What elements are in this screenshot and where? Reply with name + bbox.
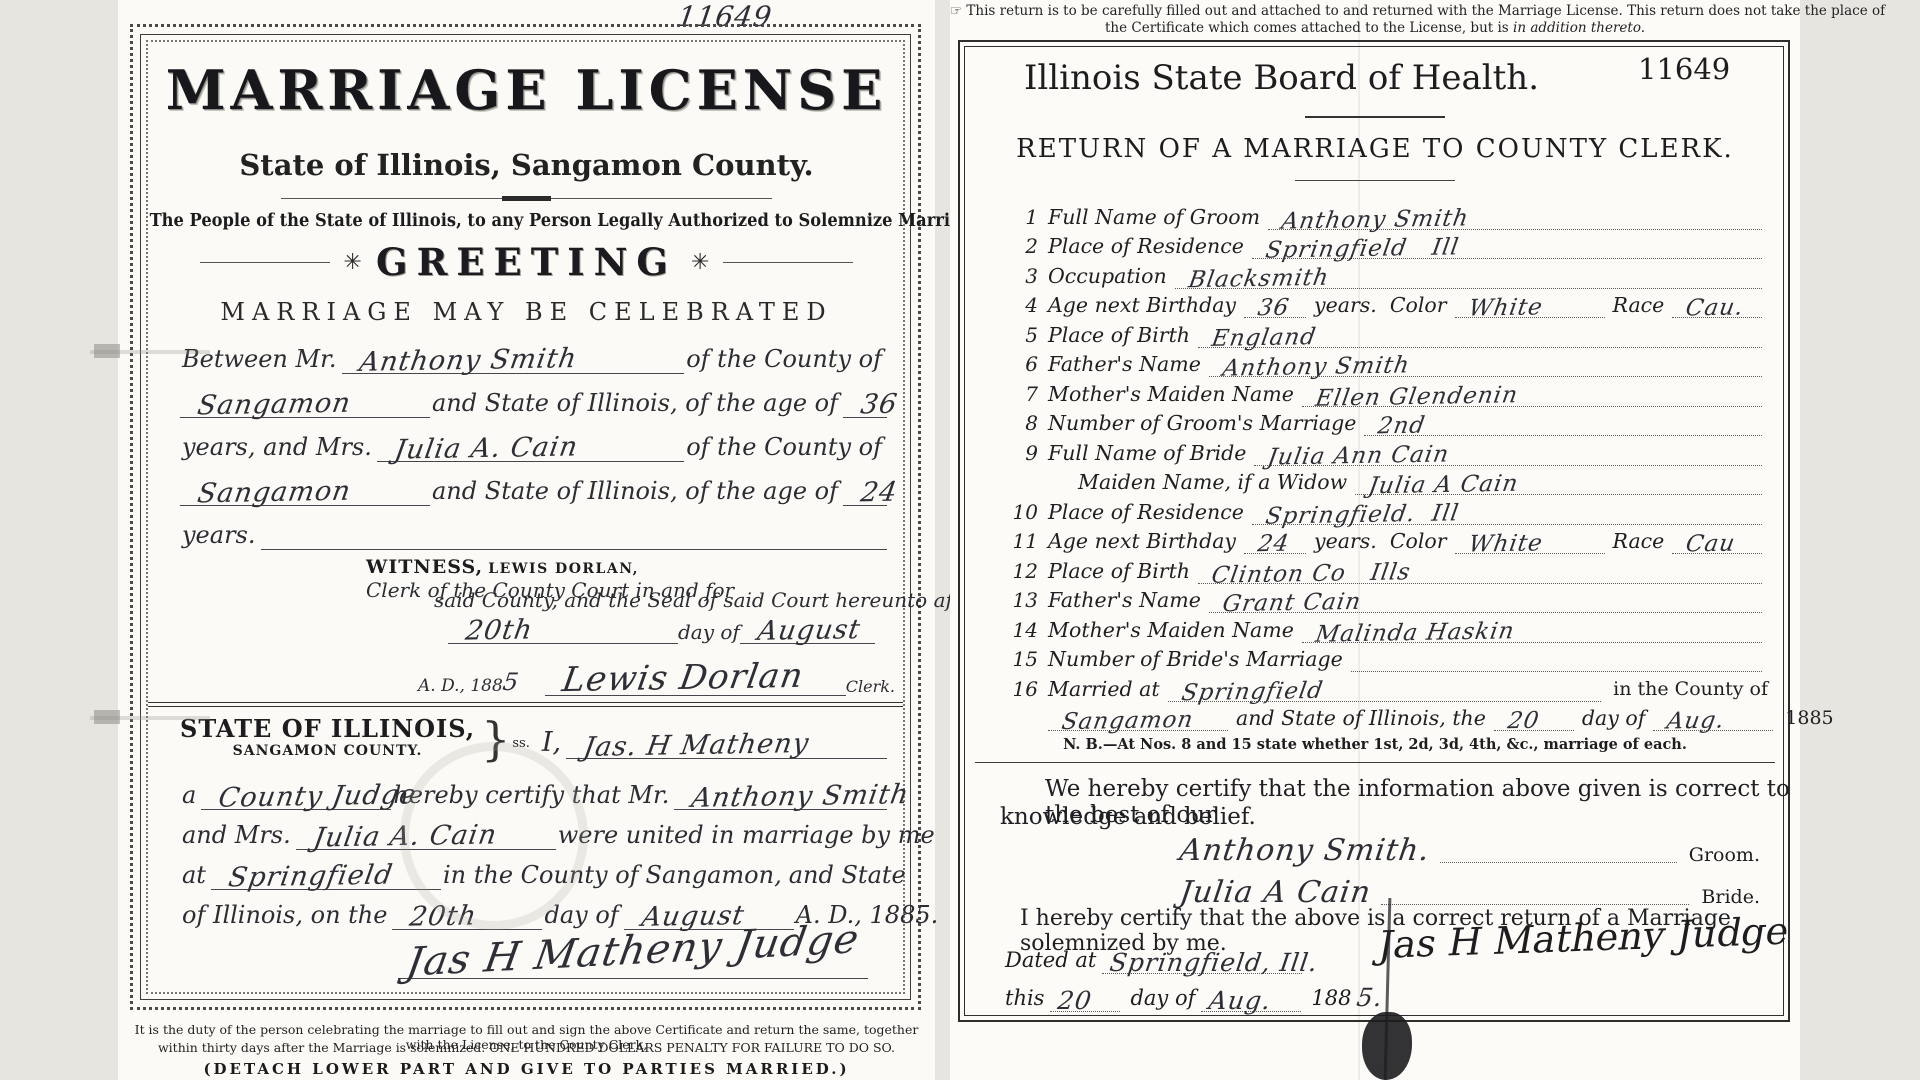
field-number: 1 [1002,205,1048,230]
section-rule [975,762,1775,763]
marriage-license-page: 11649 MARRIAGE LICENSE State of Illinois… [118,0,935,1080]
field-value: Springfield. Ill [1264,500,1461,529]
rule-center-dash [502,196,551,201]
day-of-label: day of [1130,986,1201,1012]
field-value: White [1466,294,1544,321]
fold-tab-mark [94,344,120,358]
return-field-row: 2Place of ResidenceSpringfield Ill [1002,230,1770,260]
signature-leader-line [1381,904,1690,905]
field-value: Springfield Ill [1264,234,1461,263]
return-field-row: 6Father's NameAnthony Smith [1002,348,1770,378]
groom-county-blank: Sangamon [180,383,430,418]
instruction-text-italic: in addition thereto. [1513,20,1645,36]
top-instruction-line-1: ☞ This return is to be carefully filled … [950,3,1800,19]
witness-month-blank: August [740,609,875,644]
clerk-printed-name: LEWIS DORLAN, [488,561,639,577]
license-title: MARRIAGE LICENSE [118,58,935,122]
field-number: 12 [1002,559,1048,584]
printed-script: A. D., 188 [418,676,503,696]
field-fill-line: 2nd [1364,409,1762,436]
field-fill-line: England [1198,321,1762,348]
field-label: Place of Residence [1048,234,1252,259]
return-field-row: 5Place of BirthEngland [1002,318,1770,348]
field-number: 4 [1002,293,1048,318]
field-fill-line: Aug. [1653,704,1773,731]
state-county-block: STATE OF ILLINOIS, SANGAMON COUNTY. [180,714,475,759]
field-fill-line: Blacksmith [1175,262,1762,289]
day-value: 20 [1056,986,1094,1015]
return-heading: RETURN OF A MARRIAGE TO COUNTY CLERK. [950,134,1800,164]
field-label: years. Color [1314,293,1455,318]
scanned-marriage-documents: { "license": { "doc_number": "11649", "t… [0,0,1920,1080]
field-label: Race [1613,529,1673,554]
instruction-text: the Certificate which comes attached to … [1105,20,1513,36]
field-label: Age next Birthday [1048,293,1244,318]
printed-script: years, and Mrs. [180,433,377,462]
field-fill-line: Anthony Smith [1209,350,1762,377]
field-fill-line: White [1455,527,1605,554]
bride-county-value: Sangamon [195,476,353,510]
field-number: 7 [1002,382,1048,407]
field-fill-line: 20 [1494,704,1574,731]
field-value: Cau [1684,531,1737,558]
field-label: Number of Groom's Marriage [1048,411,1364,436]
field-fill-line: Clinton Co Ills [1198,557,1762,584]
printed-script: and Mrs. [180,821,296,850]
field-label: Full Name of Bride [1048,441,1254,466]
return-field-row: 10Place of ResidenceSpringfield. Ill [1002,495,1770,525]
field-label: Occupation [1048,264,1175,289]
groom-name-value: Anthony Smith [357,343,579,378]
field-number: 9 [1002,441,1048,466]
return-field-row: 1Full Name of GroomAnthony Smith [1002,200,1770,230]
field-label: years. Color [1314,529,1455,554]
field-fill-line: Springfield Ill [1252,232,1762,259]
date-line: this 20 day of Aug. 188 5. [1005,976,1383,1012]
license-subtitle: State of Illinois, Sangamon County. [118,148,935,182]
field-text: 1885 [1781,707,1835,731]
flower-ornament-icon: ✳ [344,250,362,275]
cert-groom-value: Anthony Smith [690,779,912,814]
dated-at-label: Dated at [1005,948,1102,974]
clerk-role-label: Clerk. [846,677,895,696]
field-fill-line: Springfield [1168,675,1602,702]
printed-script: and State [787,861,911,890]
celebrated-line: MARRIAGE MAY BE CELEBRATED [118,298,935,326]
field-label: and State of Illinois, the [1236,706,1494,731]
field-number [1002,494,1048,495]
printed-script: years. [180,521,261,550]
decorative-rule [281,198,771,199]
field-number: 13 [1002,588,1048,613]
return-field-row: 14Mother's Maiden NameMalinda Haskin [1002,613,1770,643]
field-value: 24 [1256,531,1292,558]
field-number: 2 [1002,234,1048,259]
day-blank: 20 [1050,983,1120,1012]
field-number: 16 [1002,677,1048,702]
dated-line: Dated at Springfield, Ill. [1005,938,1312,974]
this-label: this [1005,986,1050,1012]
printed-script: a [180,781,201,810]
field-value: Cau. [1684,295,1746,322]
clerk-signature: Lewis Dorlan [560,656,807,700]
return-field-row: 11Age next Birthday24years. ColorWhiteRa… [1002,525,1770,555]
printed-script: of the County of [684,433,887,462]
license-body-line-4: Sangamon and State of Illinois, of the a… [180,468,887,506]
groom-signature: Anthony Smith. [1178,833,1433,868]
greeting-line: ✳ GREETING ✳ [118,240,935,284]
state-label: STATE OF ILLINOIS, [180,714,475,743]
printed-script: I, [540,727,566,759]
greeting-word: GREETING [376,240,677,284]
field-fill-line: Ellen Glendenin [1302,380,1762,407]
field-label: Place of Residence [1048,500,1252,525]
judge-title-value: County Judge [217,779,420,813]
field-number: 15 [1002,647,1048,672]
return-field-row: 16Married atSpringfieldin the County of [1002,672,1770,702]
field-label: Place of Birth [1048,559,1198,584]
field-label: Race [1613,293,1673,318]
witness-month-value: August [755,614,863,647]
return-field-row: Sangamonand State of Illinois, the20day … [1002,702,1770,732]
field-label: day of [1582,706,1653,731]
footer-note-line-2: within thirty days after the Marriage is… [128,1040,925,1055]
judge-name-value: Jas. H Matheny [581,728,811,763]
field-label: Number of Bride's Marriage [1048,647,1351,672]
field-value: Clinton Co Ills [1210,559,1413,588]
groom-signature-row: Anthony Smith. Groom. [1180,826,1760,868]
field-number [1002,730,1048,731]
witness-day-value: 20th [463,614,535,646]
header-rule [1305,116,1445,118]
flower-ornament-icon: ✳ [691,250,709,275]
return-field-row: 12Place of BirthClinton Co Ills [1002,554,1770,584]
judge-title-blank: County Judge [201,775,391,810]
witness-day-blank: 20th [448,609,678,644]
return-field-row: 9Full Name of BrideJulia Ann Cain [1002,436,1770,466]
printed-script: Sangamon, [644,861,787,890]
month-blank: Aug. [1201,983,1301,1012]
signature-leader-line [1440,862,1677,863]
groom-county-value: Sangamon [195,388,353,422]
field-value: Aug. [1665,708,1727,735]
field-value: Anthony Smith [1221,352,1412,381]
greeting-dash-left [200,262,330,263]
return-fields: 1Full Name of GroomAnthony Smith2Place o… [1002,200,1770,731]
cert-place-value: Springfield [226,860,395,894]
field-fill-line: Julia Ann Cain [1254,439,1762,466]
marriage-return-page: ☞ This return is to be carefully filled … [950,0,1800,1080]
field-value: 2nd [1376,413,1427,440]
return-field-row: 13Father's NameGrant Cain [1002,584,1770,614]
board-of-health-header: Illinois State Board of Health. [950,58,1613,98]
field-value: Grant Cain [1221,589,1363,617]
witness-date-line: 20th day of August [448,610,875,644]
field-value: 36 [1256,295,1292,322]
field-number: 11 [1002,529,1048,554]
top-instruction-line-2: the Certificate which comes attached to … [950,20,1800,36]
license-body-line-1: Between Mr. Anthony Smith of the County … [180,336,887,374]
groom-age-blank: 36 [843,383,887,418]
seal-ghost-mark [400,742,588,930]
witness-signature-line: A. D., 188 5 Lewis Dorlan Clerk. [418,648,895,696]
greeting-dash-right [723,262,853,263]
field-fill-line: Springfield. Ill [1252,498,1762,525]
printed-script: day of [678,620,740,644]
bride-age-blank: 24 [843,471,887,506]
ink-blot-mark [1362,1012,1412,1080]
nb-note: N. B.—At Nos. 8 and 15 state whether 1st… [950,736,1800,753]
field-value: Blacksmith [1186,264,1330,292]
judge-signature-block: Jas H Matheny Judge [398,928,868,979]
clerk-signature-blank: Lewis Dorlan [545,649,846,696]
groom-role-label: Groom. [1689,844,1760,868]
field-number: 6 [1002,352,1048,377]
field-fill-line: 36 [1244,291,1306,318]
detach-instruction: (DETACH LOWER PART AND GIVE TO PARTIES M… [118,1060,935,1078]
salutation-text: The People of the State of Illinois, to … [150,211,989,231]
field-label: Mother's Maiden Name [1048,618,1302,643]
return-field-row: 8Number of Groom's Marriage2nd [1002,407,1770,437]
fold-tab-mark [94,710,120,724]
bride-signature-row: Julia A Cain Bride. [1180,868,1760,910]
heading-rule [1295,180,1455,181]
field-label: Father's Name [1048,352,1209,377]
field-label: Full Name of Groom [1048,205,1268,230]
field-fill-line: 24 [1244,527,1306,554]
bride-name-blank: Julia A. Cain [377,427,684,462]
cert-groom-blank: Anthony Smith [674,775,887,810]
field-value: Julia A Cain [1367,471,1521,500]
printed-script: and State of Illinois, of the age of [430,477,843,506]
field-value: Malinda Haskin [1314,618,1517,647]
license-body-line-2: Sangamon and State of Illinois, of the a… [180,380,887,418]
field-label: Father's Name [1048,588,1209,613]
printed-script: and State of Illinois, of the age of [430,389,843,418]
groom-name-blank: Anthony Smith [342,339,685,374]
return-field-row: 7Mother's Maiden NameEllen Glendenin [1002,377,1770,407]
field-value: England [1210,324,1318,352]
field-value: Ellen Glendenin [1313,382,1519,412]
witness-label: WITNESS, [366,556,483,578]
return-field-row: Maiden Name, if a WidowJulia A Cain [1002,466,1770,496]
field-text: in the County of [1609,678,1770,702]
county-label: SANGAMON COUNTY. [180,743,475,759]
field-label: Maiden Name, if a Widow [1078,470,1355,495]
return-doc-number: 11649 [1638,52,1730,86]
printed-script: at [180,861,211,890]
field-value: Sangamon [1060,707,1196,735]
field-label: Mother's Maiden Name [1048,382,1302,407]
dated-place-blank: Springfield, Ill. [1102,945,1302,974]
field-fill-line: Cau. [1672,291,1762,318]
manicule-icon: ☞ [950,3,962,19]
judge-name-blank: Jas. H Matheny [566,718,887,759]
field-value: White [1466,530,1544,557]
field-number: 3 [1002,264,1048,289]
field-number: 5 [1002,323,1048,348]
field-fill-line: Malinda Haskin [1302,616,1762,643]
printed-script: of Illinois, on the [180,901,392,930]
bride-county-blank: Sangamon [180,471,430,506]
section-divider [148,702,903,707]
field-fill-line [1351,645,1762,672]
groom-age-value: 36 [858,389,899,421]
field-value: Springfield [1179,677,1324,705]
bride-age-value: 24 [858,477,899,509]
field-value: Julia Ann Cain [1266,441,1451,470]
dated-place-value: Springfield, Ill. [1108,948,1320,977]
field-value: Anthony Smith [1280,205,1471,234]
printed-script: were united in marriage by me [556,821,940,850]
field-fill-line: Julia A Cain [1355,468,1762,495]
instruction-text: This return is to be carefully filled ou… [966,3,1885,19]
field-fill-line: Cau [1672,527,1762,554]
field-label: Age next Birthday [1048,529,1244,554]
field-fill-line: Anthony Smith [1268,203,1762,230]
field-number: 14 [1002,618,1048,643]
printed-script: of the County of [684,345,887,374]
year-printed: 188 [1311,986,1357,1012]
field-number: 10 [1002,500,1048,525]
month-value: Aug. [1207,986,1273,1015]
return-field-row: 15Number of Bride's Marriage [1002,643,1770,673]
bride-name-value: Julia A. Cain [392,431,580,465]
field-fill-line: Grant Cain [1209,586,1762,613]
field-fill-line: Sangamon [1048,704,1228,731]
field-fill-line: White [1455,291,1605,318]
license-body-line-3: years, and Mrs. Julia A. Cain of the Cou… [180,424,887,462]
salutation-line: The People of the State of Illinois, to … [118,211,935,231]
return-field-row: 4Age next Birthday36years. ColorWhiteRac… [1002,289,1770,319]
field-label: Place of Birth [1048,323,1198,348]
empty-blank [261,515,888,550]
return-field-row: 3OccupationBlacksmith [1002,259,1770,289]
bride-signature: Julia A Cain [1178,875,1374,910]
witness-year-digit: 5 [501,668,521,696]
field-value: 20 [1506,708,1542,735]
license-body-line-5: years. [180,512,887,550]
field-number: 8 [1002,411,1048,436]
field-label: Married at [1048,677,1168,702]
year-digit: 5. [1355,983,1385,1012]
